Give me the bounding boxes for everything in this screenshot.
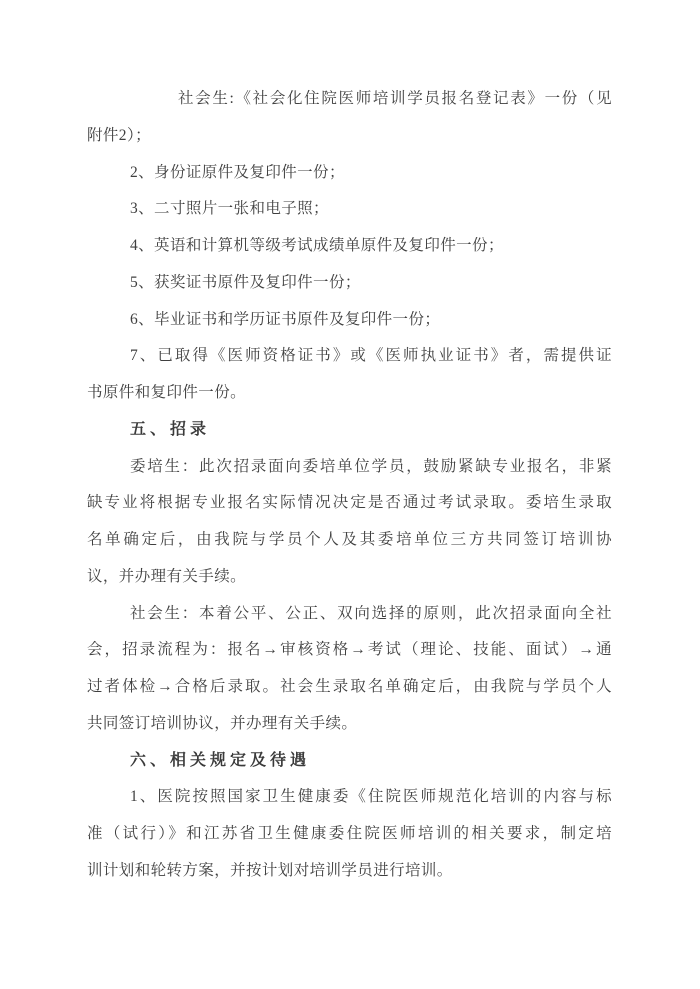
section-heading: 六、相关规定及待遇 bbox=[87, 743, 612, 780]
section-heading: 五、招录 bbox=[87, 412, 612, 449]
text-line: 书原件和复印件一份。 bbox=[87, 375, 612, 412]
text-line: 3、二寸照片一张和电子照； bbox=[87, 191, 612, 228]
text-line: 名单确定后，由我院与学员个人及其委培单位三方共同签订培训协 bbox=[87, 522, 612, 559]
text-line: 过者体检→合格后录取。社会生录取名单确定后，由我院与学员个人 bbox=[87, 669, 612, 706]
text-line: 2、身份证原件及复印件一份； bbox=[87, 155, 612, 192]
text-line: 共同签订培训协议，并办理有关手续。 bbox=[87, 706, 612, 743]
text-line: 5、获奖证书原件及复印件一份； bbox=[87, 265, 612, 302]
text-line: 会，招录流程为：报名→审核资格→考试（理论、技能、面试）→通 bbox=[87, 632, 612, 669]
text-line: 训计划和轮转方案，并按计划对培训学员进行培训。 bbox=[87, 853, 612, 890]
text-line: 社会生:《社会化住院医师培训学员报名登记表》一份（见 bbox=[87, 81, 612, 118]
document-page: 社会生:《社会化住院医师培训学员报名登记表》一份（见 附件2）； 2、身份证原件… bbox=[0, 0, 700, 989]
text-line: 准（试行）》和江苏省卫生健康委住院医师培训的相关要求，制定培 bbox=[87, 816, 612, 853]
text-line: 4、英语和计算机等级考试成绩单原件及复印件一份； bbox=[87, 228, 612, 265]
text-line: 议，并办理有关手续。 bbox=[87, 559, 612, 596]
text-line: 7、已取得《医师资格证书》或《医师执业证书》者，需提供证 bbox=[87, 338, 612, 375]
text-line: 附件2）； bbox=[87, 118, 612, 155]
text-line: 社会生：本着公平、公正、双向选择的原则，此次招录面向全社 bbox=[87, 596, 612, 633]
text-line: 1、医院按照国家卫生健康委《住院医师规范化培训的内容与标 bbox=[87, 779, 612, 816]
text-line: 缺专业将根据专业报名实际情况决定是否通过考试录取。委培生录取 bbox=[87, 485, 612, 522]
text-line: 委培生：此次招录面向委培单位学员，鼓励紧缺专业报名，非紧 bbox=[87, 449, 612, 486]
text-line: 6、毕业证书和学历证书原件及复印件一份； bbox=[87, 302, 612, 339]
